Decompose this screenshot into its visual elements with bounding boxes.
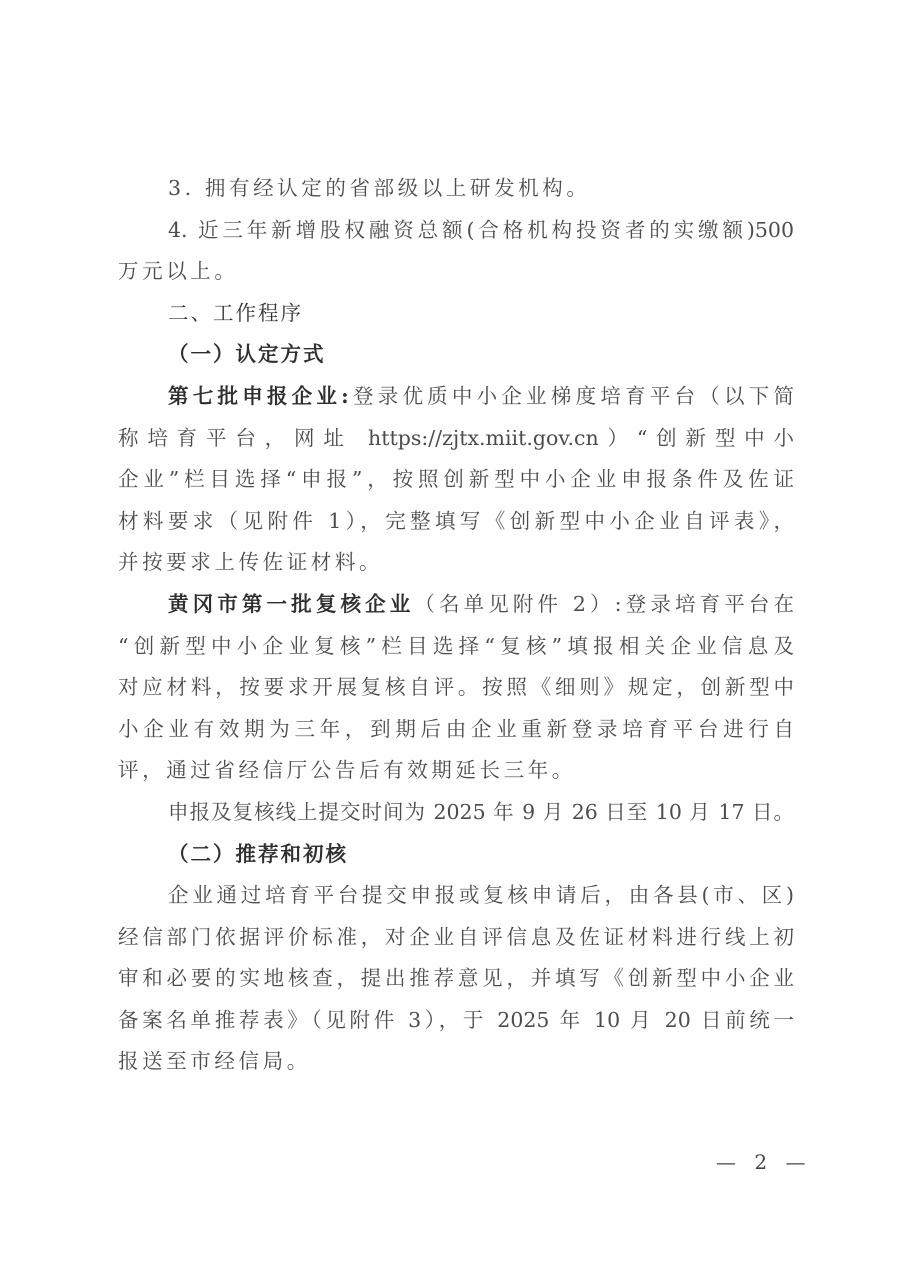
paragraph-review-batch-line-1: 黄冈市第一批复核企业（名单见附件 2）:登录培育平台在 (118, 584, 794, 626)
text-span: （名单见附件 2）:登录培育平台在 (414, 592, 794, 616)
page-number: — 2 — (716, 1150, 811, 1174)
paragraph-seventh-batch-line-1: 第七批申报企业:登录优质中小企业梯度培育平台（以下简 (118, 376, 794, 418)
paragraph-seventh-batch-line-4: 材料要求（见附件 1），完整填写《创新型中小企业自评表》， (118, 501, 794, 543)
text-span: 登录优质中小企业梯度培育平台（以下简 (349, 384, 794, 408)
paragraph-recommendation-line-3: 审和必要的实地核查，提出推荐意见，并填写《创新型中小企业 (118, 958, 794, 1000)
document-body: 3. 拥有经认定的省部级以上研发机构。 4. 近三年新增股权融资总额(合格机构投… (118, 168, 794, 1083)
paragraph-recommendation-line-4: 备案名单推荐表》（见附件 3），于 2025 年 10 月 20 日前统一 (118, 1000, 794, 1042)
paragraph-seventh-batch-line-5: 并按要求上传佐证材料。 (118, 542, 794, 584)
paragraph-recommendation-line-5: 报送至市经信局。 (118, 1041, 794, 1083)
criteria-item-3: 3. 拥有经认定的省部级以上研发机构。 (118, 168, 794, 210)
section-heading-work-procedure: 二、工作程序 (118, 293, 794, 335)
subheading-recognition-method: （一）认定方式 (118, 334, 794, 376)
criteria-item-4-line-1: 4. 近三年新增股权融资总额(合格机构投资者的实缴额)500 (118, 210, 794, 252)
paragraph-seventh-batch-line-2: 称培育平台，网址 https://zjtx.miit.gov.cn）“创新型中小 (118, 418, 794, 460)
review-batch-lead: 黄冈市第一批复核企业 (168, 592, 414, 616)
criteria-item-4-line-2: 万元以上。 (118, 251, 794, 293)
paragraph-review-batch-line-3: 对应材料，按要求开展复核自评。按照《细则》规定，创新型中 (118, 667, 794, 709)
seventh-batch-lead: 第七批申报企业: (168, 384, 349, 408)
paragraph-review-batch-line-4: 小企业有效期为三年，到期后由企业重新登录培育平台进行自 (118, 709, 794, 751)
paragraph-seventh-batch-line-3: 企业”栏目选择“申报”，按照创新型中小企业申报条件及佐证 (118, 459, 794, 501)
paragraph-review-batch-line-2: “创新型中小企业复核”栏目选择“复核”填报相关企业信息及 (118, 626, 794, 668)
document-page: 3. 拥有经认定的省部级以上研发机构。 4. 近三年新增股权融资总额(合格机构投… (0, 0, 900, 1272)
paragraph-submission-period: 申报及复核线上提交时间为 2025 年 9 月 26 日至 10 月 17 日。 (118, 792, 794, 834)
paragraph-review-batch-line-5: 评，通过省经信厅公告后有效期延长三年。 (118, 750, 794, 792)
paragraph-recommendation-line-1: 企业通过培育平台提交申报或复核申请后，由各县(市、区) (118, 875, 794, 917)
subheading-recommendation: （二）推荐和初核 (118, 834, 794, 876)
paragraph-recommendation-line-2: 经信部门依据评价标准，对企业自评信息及佐证材料进行线上初 (118, 917, 794, 959)
